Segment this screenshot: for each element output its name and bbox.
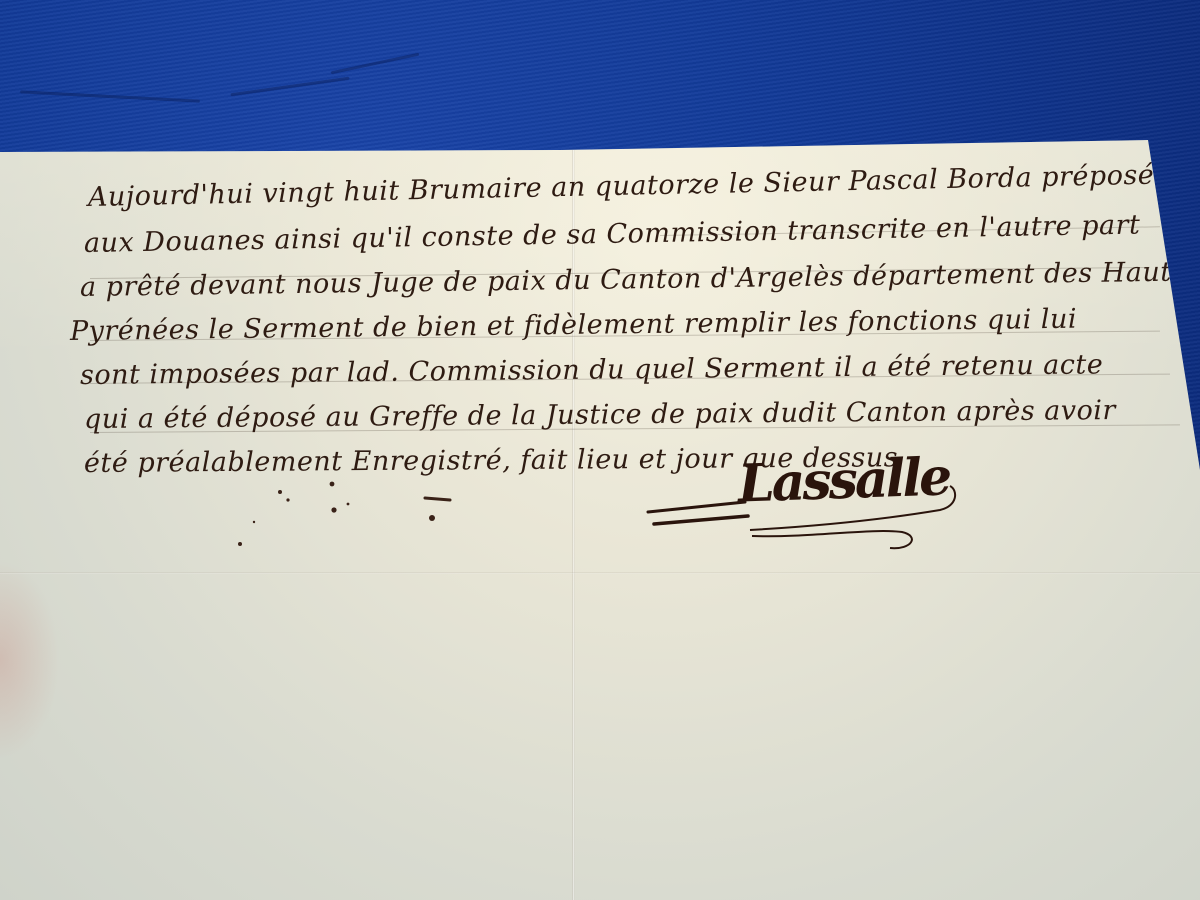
paper-vertical-fold xyxy=(572,150,575,900)
paper-stain xyxy=(0,560,60,760)
handwritten-line-3: a prêté devant nous Juge de paix du Cant… xyxy=(80,256,1200,303)
handwritten-line-1: Aujourd'hui vingt huit Brumaire an quato… xyxy=(88,160,1155,213)
signature: Lassalle xyxy=(737,446,950,514)
handwritten-line-6: qui a été déposé au Greffe de la Justice… xyxy=(84,395,1116,435)
ink-spots xyxy=(220,470,460,560)
handwritten-line-2: aux Douanes ainsi qu'il conste de sa Com… xyxy=(84,210,1141,259)
handwritten-line-4: Pyrénées le Serment de bien et fidèlemen… xyxy=(70,304,1077,347)
handwritten-line-5: sont imposées par lad. Commission du que… xyxy=(80,349,1104,391)
paper-horizontal-fold xyxy=(0,572,1200,574)
